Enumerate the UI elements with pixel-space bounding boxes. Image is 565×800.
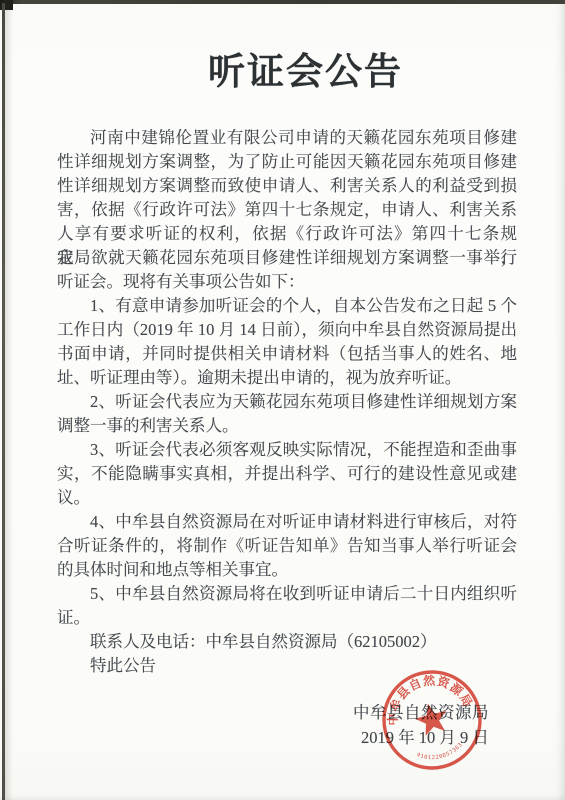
document-line: 我局欲就天籁花园东苑项目修建性详细规划方案调整一事举行 — [57, 246, 517, 270]
document-line: 河南中建锦伦置业有限公司申请的天籁花园东苑项目修建 — [57, 126, 517, 150]
document-line: 证。 — [57, 606, 517, 630]
document-line: 4、中牟县自然资源局在对听证申请材料进行审核后，对符 — [57, 510, 517, 534]
document-line: 书面申请，并同时提供相关申请材料（包括当事人的姓名、地 — [57, 342, 517, 366]
document-line: 议。 — [57, 486, 517, 510]
page-title: 听证会公告 — [0, 50, 565, 96]
document-line: 2、听证会代表应为天籁花园东苑项目修建性详细规划方案 — [57, 390, 517, 414]
document-line: 调整一事的利害关系人。 — [57, 414, 517, 438]
document-line: 工作日内（2019 年 10 月 14 日前），须向中牟县自然资源局提出 — [57, 318, 517, 342]
document-line: 1、有意申请参加听证会的个人，自本公告发布之日起 5 个 — [57, 294, 517, 318]
svg-text:4101220057363: 4101220057363 — [415, 741, 467, 766]
official-seal-stamp: 中牟县自然资源局 4101220057363 — [372, 660, 492, 780]
document-line: 性详细规划方案调整，为了防止可能因天籁花园东苑项目修建 — [57, 150, 517, 174]
document-line: 害，依据《行政许可法》第四十七条规定，申请人、利害关系 — [57, 198, 517, 222]
document-line: 听证会。现将有关事项公告如下： — [57, 270, 517, 294]
document-body: 河南中建锦伦置业有限公司申请的天籁花园东苑项目修建 性详细规划方案调整，为了防止… — [57, 126, 517, 678]
document-line: 5、中牟县自然资源局将在收到听证申请后二十日内组织听 — [57, 582, 517, 606]
scanned-page: 听证会公告 河南中建锦伦置业有限公司申请的天籁花园东苑项目修建 性详细规划方案调… — [0, 0, 565, 800]
document-line: 的具体时间和地点等相关事宜。 — [57, 558, 517, 582]
document-line: 址、听证理由等）。逾期未提出申请的，视为放弃听证。 — [57, 366, 517, 390]
document-line: 实，不能隐瞒事实真相，并提出科学、可行的建设性意见或建 — [57, 462, 517, 486]
star-icon — [412, 700, 451, 738]
document-line: 人享有要求听证的权利，依据《行政许可法》第四十七条规定， — [57, 222, 517, 246]
document-line: 3、听证会代表必须客观反映实际情况，不能捏造和歪曲事 — [57, 438, 517, 462]
document-line: 性详细规划方案调整而致使申请人、利害关系人的利益受到损 — [57, 174, 517, 198]
scan-edge-left-shadow — [5, 0, 13, 800]
document-line: 合听证条件的，将制作《听证告知单》告知当事人举行听证会 — [57, 534, 517, 558]
seal-code: 4101220057363 — [415, 741, 467, 766]
scan-edge-top — [0, 0, 565, 4]
document-contact-line: 联系人及电话：中牟县自然资源局（62105002） — [57, 630, 517, 654]
